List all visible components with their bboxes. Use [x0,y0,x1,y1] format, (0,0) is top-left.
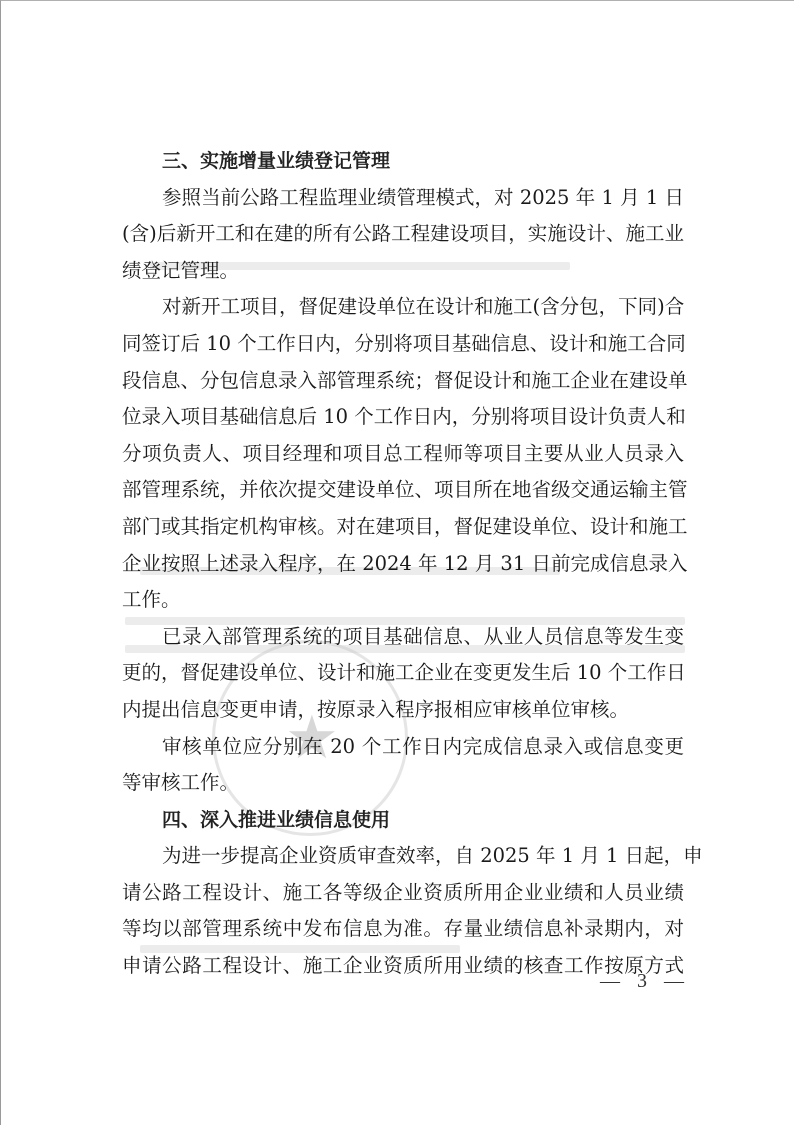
paragraph-line: 部门或其指定机构审核。对在建项目，督促建设单位、设计和施工 [122,509,684,546]
paragraph-line: 已录入部管理系统的项目基础信息、从业人员信息等发生变 [122,619,684,656]
paragraph-line: 段信息、分包信息录入部管理系统；督促设计和施工企业在建设单 [122,363,684,400]
paragraph-line: (含)后新开工和在建的所有公路工程建设项目，实施设计、施工业 [122,216,684,253]
section-heading: 四、深入推进业绩信息使用 [122,802,684,839]
section-heading: 三、实施增量业绩登记管理 [122,143,684,180]
paragraph-line: 请公路工程设计、施工各等级企业资质所用企业业绩和人员业绩 [122,875,684,912]
paragraph-line: 内提出信息变更申请，按原录入程序报相应审核单位审核。 [122,692,684,729]
paragraph-line: 审核单位应分别在 20 个工作日内完成信息录入或信息变更 [122,729,684,766]
paragraph-line: 工作。 [122,582,684,619]
paragraph-line: 同签订后 10 个工作日内，分别将项目基础信息、设计和施工合同 [122,326,684,363]
paragraph-line: 企业按照上述录入程序，在 2024 年 12 月 31 日前完成信息录入 [122,546,684,583]
paragraph-line: 绩登记管理。 [122,253,684,290]
paragraph-line: 位录入项目基础信息后 10 个工作日内，分别将项目设计负责人和 [122,399,684,436]
paragraph-line: 参照当前公路工程监理业绩管理模式，对 2025 年 1 月 1 日 [122,180,684,217]
paragraph-line: 等审核工作。 [122,765,684,802]
paragraph-line: 更的，督促建设单位、设计和施工企业在变更发生后 10 个工作日 [122,655,684,692]
paragraph-line: 对新开工项目，督促建设单位在设计和施工(含分包，下同)合 [122,289,684,326]
document-body: 三、实施增量业绩登记管理 参照当前公路工程监理业绩管理模式，对 2025 年 1… [122,143,684,985]
paragraph-line: 分项负责人、项目经理和项目总工程师等项目主要从业人员录入 [122,436,684,473]
paragraph-line: 等均以部管理系统中发布信息为准。存量业绩信息补录期内，对 [122,911,684,948]
page-number: — 3 — [600,970,690,993]
paragraph-line: 部管理系统，并依次提交建设单位、项目所在地省级交通运输主管 [122,472,684,509]
paragraph-line: 为进一步提高企业资质审查效率，自 2025 年 1 月 1 日起，申 [122,838,684,875]
